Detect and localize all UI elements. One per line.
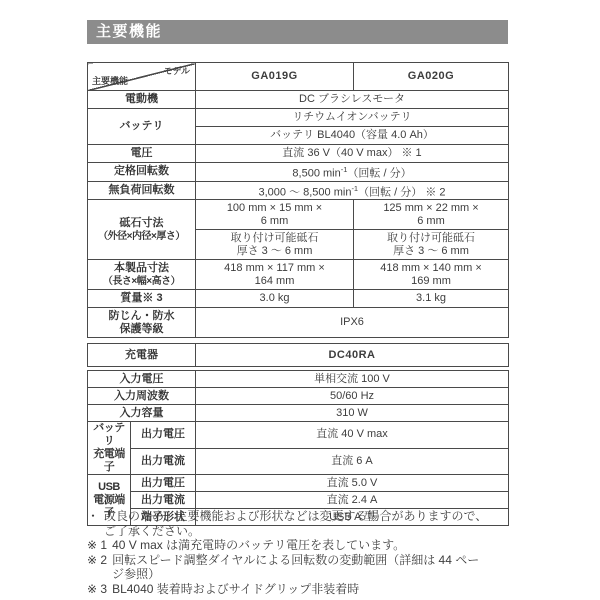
usb-terminal-current-row: 出力電流 直流 2.4 A	[88, 492, 509, 509]
input-capacity-value: 310 W	[196, 405, 509, 422]
motor-value: DC ブラシレスモータ	[196, 91, 509, 109]
weight-ga019g: 3.0 kg	[196, 290, 354, 308]
wheel-size-label: 砥石寸法 （外径×内径×厚さ）	[88, 200, 196, 260]
product-size-ga019g: 418 mm × 117 mm × 164 mm	[196, 260, 354, 290]
battery-terminal-voltage-value: 直流 40 V max	[196, 422, 509, 449]
wheel-size-ga019g-line2: 6 mm	[198, 215, 351, 228]
wheel-size-ga020g: 125 mm × 22 mm × 6 mm	[354, 200, 509, 230]
mountable-wheel-ga019g-line2: 厚さ 3 ～ 6 mm	[198, 245, 351, 258]
input-frequency-value: 50/60 Hz	[196, 388, 509, 405]
motor-row: 電動機 DC ブラシレスモータ	[88, 91, 509, 109]
battery-pack-value: バッテリ BL4040（容量 4.0 Ah）	[196, 127, 509, 145]
section-title: 主要機能	[96, 23, 162, 40]
note-improvement-text: 改良のため、主要機能および形状などは変更する場合がありますので、 ご了承ください…	[104, 509, 487, 538]
note-3: ※ 3 BL4040 装着時およびサイドグリップ非装着時	[87, 582, 517, 597]
wheel-size-label-title: 砥石寸法	[90, 217, 193, 230]
note-bullet-marker: ・	[87, 509, 104, 538]
protection-label-line1: 防じん・防水	[90, 310, 193, 323]
input-capacity-row: 入力容量 310 W	[88, 405, 509, 422]
rated-speed-unit: （回転 / 分）	[347, 168, 411, 180]
input-voltage-row: 入力電圧 単相交流 100 V	[88, 371, 509, 388]
wheel-size-ga019g-line1: 100 mm × 15 mm ×	[198, 202, 351, 215]
mountable-wheel-ga019g: 取り付け可能砥石 厚さ 3 ～ 6 mm	[196, 230, 354, 260]
rated-speed-label: 定格回転数	[88, 163, 196, 182]
rated-speed-row: 定格回転数 8,500 min-1（回転 / 分）	[88, 163, 509, 182]
weight-row: 質量※ 3 3.0 kg 3.1 kg	[88, 290, 509, 308]
usb-terminal-voltage-label: 出力電圧	[131, 475, 196, 492]
voltage-label: 電圧	[88, 145, 196, 163]
battery-terminal-voltage-label: 出力電圧	[131, 422, 196, 449]
protection-label: 防じん・防水 保護等級	[88, 308, 196, 338]
product-size-label-sub: （長さ×幅×高さ）	[90, 275, 193, 288]
no-load-speed-number: 3,000 ～ 8,500 min	[258, 186, 351, 198]
no-load-speed-row: 無負荷回転数 3,000 ～ 8,500 min-1（回転 / 分） ※ 2	[88, 181, 509, 200]
input-voltage-label: 入力電圧	[88, 371, 196, 388]
wheel-size-ga019g: 100 mm × 15 mm × 6 mm	[196, 200, 354, 230]
product-size-ga019g-line2: 164 mm	[198, 275, 351, 288]
main-spec-table: モデル 主要機能 GA019G GA020G 電動機 DC ブラシレスモータ バ…	[87, 62, 509, 338]
model-name-ga019g: GA019G	[196, 63, 354, 91]
corner-model-label: モデル	[163, 65, 190, 78]
voltage-row: 電圧 直流 36 V（40 V max） ※ 1	[88, 145, 509, 163]
charger-spec-table: 入力電圧 単相交流 100 V 入力周波数 50/60 Hz 入力容量 310 …	[87, 370, 509, 526]
product-size-ga020g-line2: 169 mm	[356, 275, 506, 288]
note-1-text: 40 V max は満充電時のバッテリ電圧を表しています。	[112, 538, 405, 553]
battery-type-row: バッテリ リチウムイオンバッテリ	[88, 109, 509, 127]
corner-cell: モデル 主要機能	[88, 63, 196, 91]
battery-label: バッテリ	[88, 109, 196, 145]
motor-label: 電動機	[88, 91, 196, 109]
product-size-row: 本製品寸法 （長さ×幅×高さ） 418 mm × 117 mm × 164 mm…	[88, 260, 509, 290]
charger-model-value: DC40RA	[196, 344, 509, 367]
product-size-label: 本製品寸法 （長さ×幅×高さ）	[88, 260, 196, 290]
usb-terminal-current-value: 直流 2.4 A	[196, 492, 509, 509]
section-title-bar: 主要機能	[87, 20, 508, 44]
product-size-ga020g-line1: 418 mm × 140 mm ×	[356, 262, 506, 275]
note-3-marker: ※ 3	[87, 582, 112, 597]
mountable-wheel-ga020g-line1: 取り付け可能砥石	[356, 232, 506, 245]
product-size-ga020g: 418 mm × 140 mm × 169 mm	[354, 260, 509, 290]
mountable-wheel-ga020g: 取り付け可能砥石 厚さ 3 ～ 6 mm	[354, 230, 509, 260]
rated-speed-number: 8,500 min	[292, 168, 340, 180]
note-2-text: 回転スピード調整ダイヤルによる回転数の変動範囲（詳細は 44 ペー ジ参照）	[112, 553, 479, 582]
battery-terminal-group-line1: バッテリ	[90, 422, 128, 448]
input-voltage-value: 単相交流 100 V	[196, 371, 509, 388]
battery-type-value: リチウムイオンバッテリ	[196, 109, 509, 127]
protection-label-line2: 保護等級	[90, 323, 193, 336]
footnotes: ・ 改良のため、主要機能および形状などは変更する場合がありますので、 ご了承くだ…	[87, 509, 517, 596]
voltage-value: 直流 36 V（40 V max） ※ 1	[196, 145, 509, 163]
product-size-ga019g-line1: 418 mm × 117 mm ×	[198, 262, 351, 275]
no-load-speed-label: 無負荷回転数	[88, 181, 196, 200]
input-frequency-row: 入力周波数 50/60 Hz	[88, 388, 509, 405]
wheel-size-ga020g-line1: 125 mm × 22 mm ×	[356, 202, 506, 215]
battery-terminal-group-line2: 充電端子	[90, 448, 128, 474]
note-1-marker: ※ 1	[87, 538, 112, 553]
charger-table: 充電器 DC40RA	[87, 343, 509, 367]
protection-row: 防じん・防水 保護等級 IPX6	[88, 308, 509, 338]
usb-terminal-voltage-row: USB 電源端子 出力電圧 直流 5.0 V	[88, 475, 509, 492]
note-2-marker: ※ 2	[87, 553, 112, 582]
charger-label: 充電器	[88, 344, 196, 367]
battery-terminal-current-label: 出力電流	[131, 448, 196, 475]
note-2: ※ 2 回転スピード調整ダイヤルによる回転数の変動範囲（詳細は 44 ペー ジ参…	[87, 553, 517, 582]
model-name-ga020g: GA020G	[354, 63, 509, 91]
wheel-size-row: 砥石寸法 （外径×内径×厚さ） 100 mm × 15 mm × 6 mm 12…	[88, 200, 509, 230]
protection-value: IPX6	[196, 308, 509, 338]
no-load-speed-unit: （回転 / 分） ※ 2	[358, 186, 445, 198]
note-1: ※ 1 40 V max は満充電時のバッテリ電圧を表しています。	[87, 538, 517, 553]
corner-section-label: 主要機能	[92, 75, 128, 88]
battery-terminal-current-row: 出力電流 直流 6 A	[88, 448, 509, 475]
model-header-row: モデル 主要機能 GA019G GA020G	[88, 63, 509, 91]
mountable-wheel-ga020g-line2: 厚さ 3 ～ 6 mm	[356, 245, 506, 258]
input-frequency-label: 入力周波数	[88, 388, 196, 405]
weight-label: 質量※ 3	[88, 290, 196, 308]
input-capacity-label: 入力容量	[88, 405, 196, 422]
rated-speed-value: 8,500 min-1（回転 / 分）	[196, 163, 509, 182]
battery-terminal-group-label: バッテリ 充電端子	[88, 422, 131, 475]
note-3-text: BL4040 装着時およびサイドグリップ非装着時	[112, 582, 359, 597]
mountable-wheel-ga019g-line1: 取り付け可能砥石	[198, 232, 351, 245]
battery-terminal-current-value: 直流 6 A	[196, 448, 509, 475]
usb-terminal-group-line1: USB	[90, 481, 128, 494]
note-improvement: ・ 改良のため、主要機能および形状などは変更する場合がありますので、 ご了承くだ…	[87, 509, 517, 538]
usb-terminal-voltage-value: 直流 5.0 V	[196, 475, 509, 492]
weight-ga020g: 3.1 kg	[354, 290, 509, 308]
wheel-size-label-sub: （外径×内径×厚さ）	[90, 230, 193, 243]
no-load-speed-value: 3,000 ～ 8,500 min-1（回転 / 分） ※ 2	[196, 181, 509, 200]
battery-terminal-voltage-row: バッテリ 充電端子 出力電圧 直流 40 V max	[88, 422, 509, 449]
wheel-size-ga020g-line2: 6 mm	[356, 215, 506, 228]
charger-row: 充電器 DC40RA	[88, 344, 509, 367]
product-size-label-title: 本製品寸法	[90, 262, 193, 275]
usb-terminal-current-label: 出力電流	[131, 492, 196, 509]
